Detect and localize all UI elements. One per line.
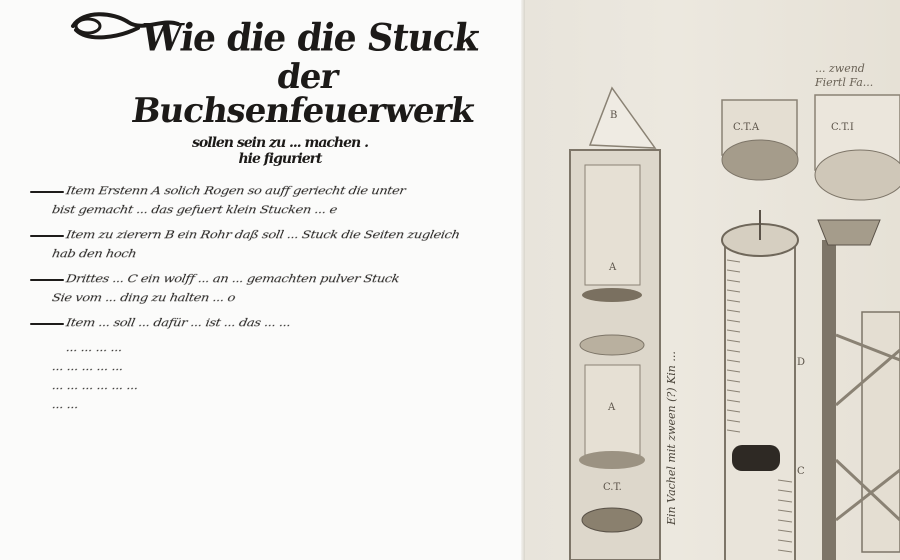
entry-line: bist gemacht ... das gefuert klein Stuck… — [29, 202, 512, 218]
vertical-caption: Ein Vachel mit zween (?) Kin ... — [665, 225, 685, 525]
entry-line: Item zu zierern B ein Rohr daß soll ... … — [29, 227, 512, 243]
manuscript-text-page: Wie die die Stuck der Buchsenfeuerwerk s… — [0, 0, 525, 560]
title-line-4: hie figuriert — [60, 152, 500, 166]
entry-line: Item ... soll ... dafür ... ist ... das … — [29, 315, 512, 331]
label-d: D — [797, 357, 805, 368]
entry-a: Item Erstenn A solich Rogen so auff geri… — [30, 182, 510, 220]
title-line-2: der Buchsenfeuerwerk — [105, 60, 505, 128]
cone-drawing — [590, 88, 655, 148]
label-a-lower: A — [608, 402, 615, 413]
plug-drawing — [732, 445, 780, 471]
label-drum: C.T.A — [733, 122, 759, 133]
entry-line: Sie vom ... ding zu halten ... o — [29, 290, 512, 306]
entry-b: Item zu zierern B ein Rohr daß soll ... … — [30, 226, 510, 264]
entry-line: Drittes ... C ein wolff ... an ... gemac… — [29, 271, 512, 287]
top-caption-line: Fiertl Fa... — [815, 76, 873, 90]
label-drum-right: C.T.I — [831, 122, 854, 133]
title-line-1: Wie die die Stuck — [117, 19, 502, 57]
top-caption-line: ... zwend — [815, 62, 873, 76]
entry-d: Item ... soll ... dafür ... ist ... das … — [30, 314, 510, 333]
entry-c: Drittes ... C ein wolff ... an ... gemac… — [30, 270, 510, 308]
manuscript-entries: Item Erstenn A solich Rogen so auff geri… — [30, 182, 510, 421]
page-title: Wie die die Stuck der Buchsenfeuerwerk s… — [60, 2, 500, 166]
entry-e: ... ... ... ... ... ... ... ... ... ... … — [30, 339, 510, 415]
title-line-3: sollen sein zu ... machen . — [60, 136, 500, 150]
top-caption: ... zwend Fiertl Fa... — [815, 62, 873, 90]
rod-drawing — [822, 240, 836, 560]
label-c: C — [797, 466, 805, 477]
label-a-upper: A — [609, 262, 616, 273]
label-cone: B — [610, 110, 617, 121]
entry-line: hab den hoch — [29, 246, 512, 262]
label-bottom: C.T. — [603, 482, 622, 493]
entry-line: Item Erstenn A solich Rogen so auff geri… — [29, 183, 512, 199]
